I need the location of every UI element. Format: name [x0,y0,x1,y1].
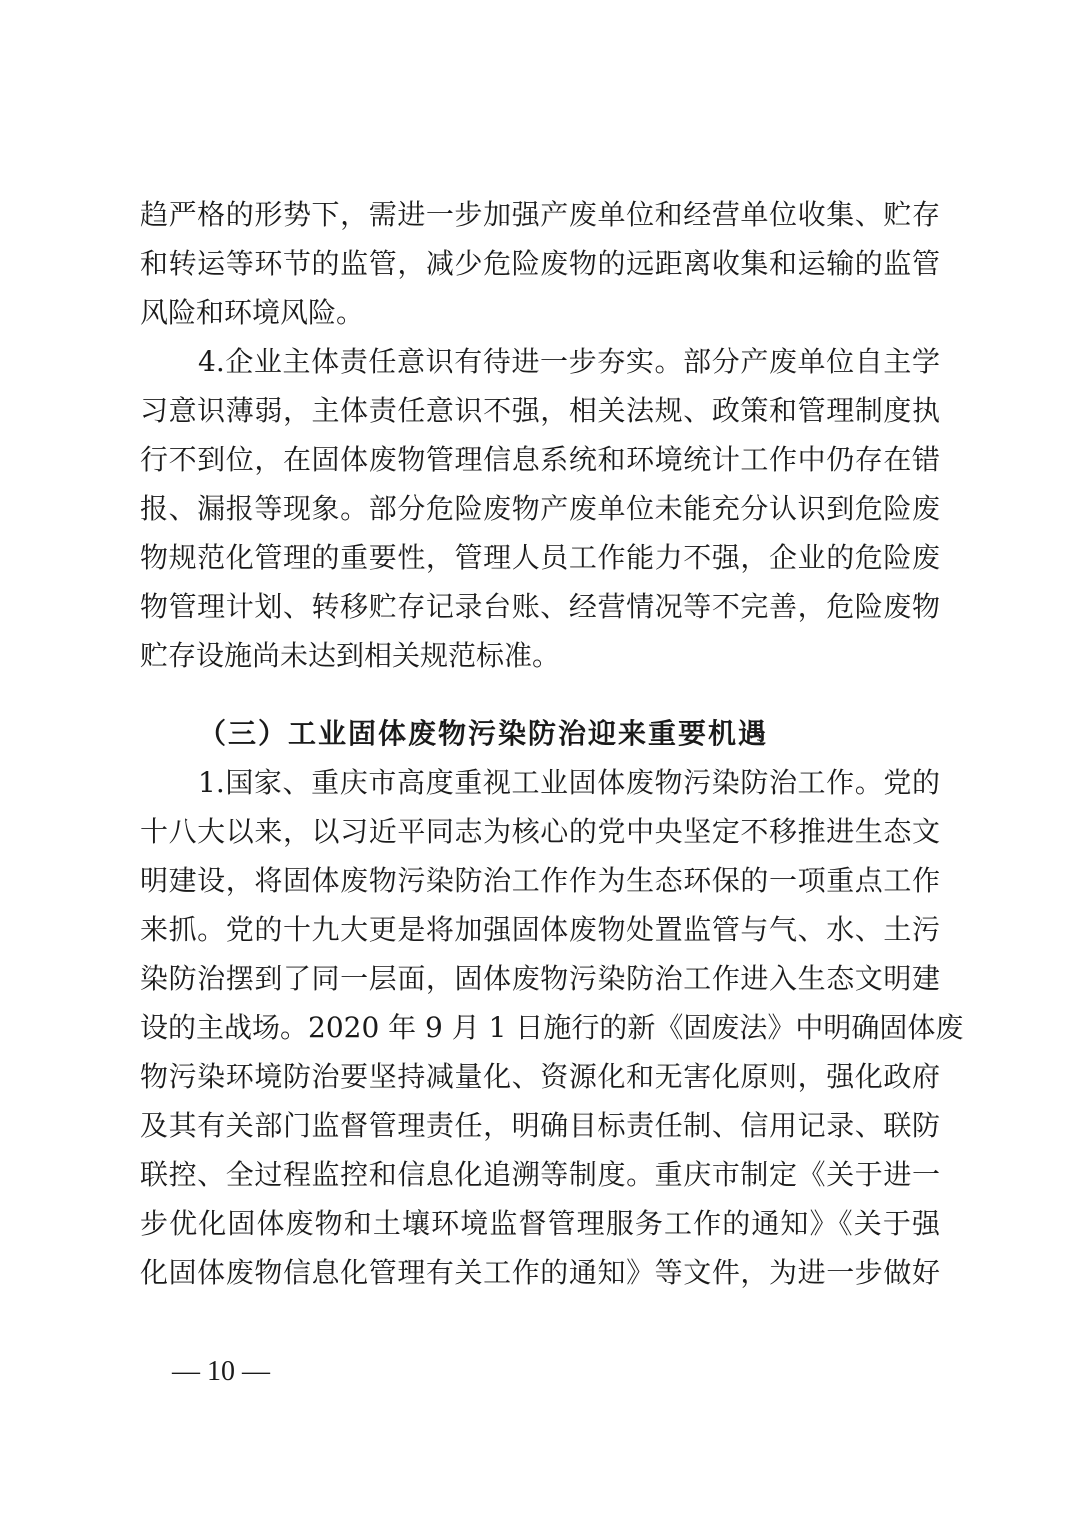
paragraph-line: 1.国家、重庆市高度重视工业固体废物污染防治工作。党的 [198,763,940,803]
paragraph-line: 4.企业主体责任意识有待进一步夯实。部分产废单位自主学 [198,342,940,382]
paragraph-line: 趋严格的形势下，需进一步加强产废单位和经营单位收集、贮存 [140,195,940,235]
paragraph-line: 习意识薄弱，主体责任意识不强，相关法规、政策和管理制度执 [140,391,940,431]
paragraph-line: 化固体废物信息化管理有关工作的通知》等文件，为进一步做好 [140,1253,940,1293]
paragraph-line: 来抓。党的十九大更是将加强固体废物处置监管与气、水、土污 [140,910,940,950]
page-number: — 10 — [172,1352,270,1392]
paragraph-line: 及其有关部门监督管理责任，明确目标责任制、信用记录、联防 [140,1106,940,1146]
paragraph-line: 风险和环境风险。 [140,293,940,333]
document-page: 趋严格的形势下，需进一步加强产废单位和经营单位收集、贮存 和转运等环节的监管，减… [0,0,1074,1520]
paragraph-line: 染防治摆到了同一层面，固体废物污染防治工作进入生态文明建 [140,959,940,999]
paragraph-line: 行不到位，在固体废物管理信息系统和环境统计工作中仍存在错 [140,440,940,480]
section-heading: （三）工业固体废物污染防治迎来重要机遇 [198,714,768,754]
paragraph-line: 联控、全过程监控和信息化追溯等制度。重庆市制定《关于进一 [140,1155,940,1195]
paragraph-line: 物管理计划、转移贮存记录台账、经营情况等不完善，危险废物 [140,587,940,627]
paragraph-line: 物规范化管理的重要性，管理人员工作能力不强，企业的危险废 [140,538,940,578]
paragraph-line: 贮存设施尚未达到相关规范标准。 [140,636,940,676]
paragraph-line: 和转运等环节的监管，减少危险废物的远距离收集和运输的监管 [140,244,940,284]
paragraph-line: 十八大以来，以习近平同志为核心的党中央坚定不移推进生态文 [140,812,940,852]
paragraph-line: 报、漏报等现象。部分危险废物产废单位未能充分认识到危险废 [140,489,940,529]
paragraph-line: 物污染环境防治要坚持减量化、资源化和无害化原则，强化政府 [140,1057,940,1097]
paragraph-line: 设的主战场。2020 年 9 月 1 日施行的新《固废法》中明确固体废 [140,1008,940,1048]
paragraph-line: 步优化固体废物和土壤环境监督管理服务工作的通知》《关于强 [140,1204,940,1244]
paragraph-line: 明建设，将固体废物污染防治工作作为生态环保的一项重点工作 [140,861,940,901]
